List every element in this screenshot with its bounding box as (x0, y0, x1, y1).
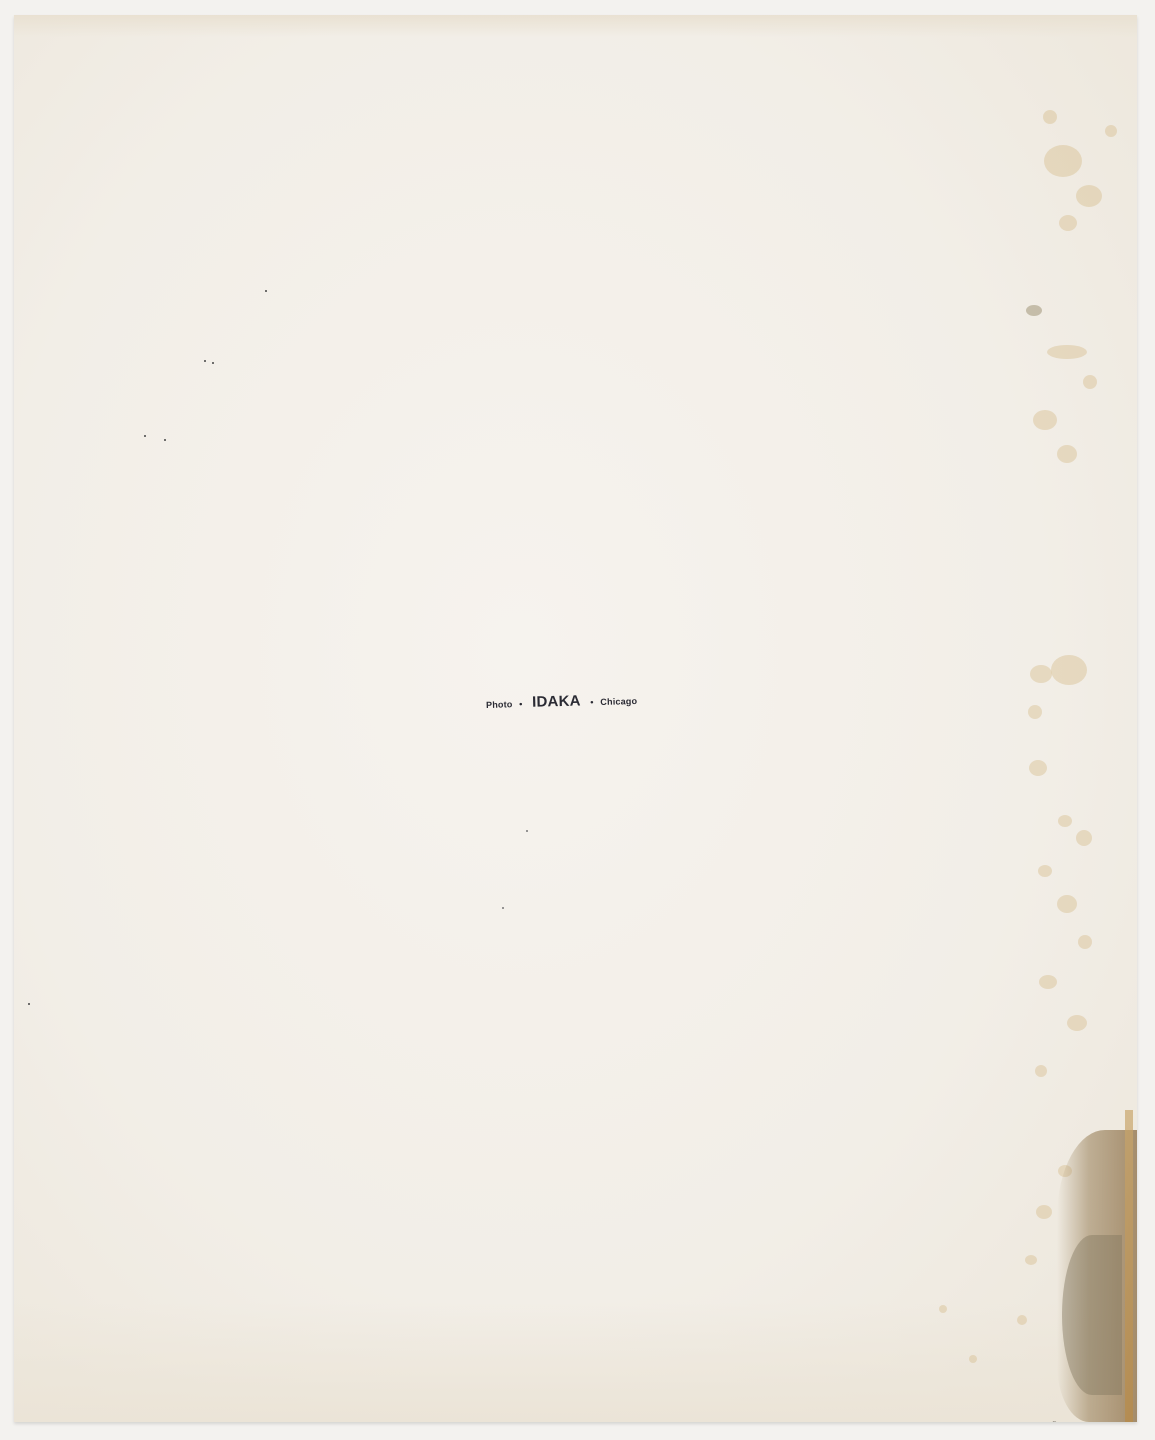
photographer-stamp: Photo • IDAKA • Chicago (486, 691, 638, 713)
water-stain-core (1062, 1235, 1122, 1395)
stamp-separator: • (590, 697, 594, 707)
paper-top-edge (14, 15, 1137, 37)
stamp-studio-name: IDAKA (532, 693, 581, 711)
edge-discoloration (1125, 1110, 1133, 1422)
stamp-prefix: Photo (486, 699, 513, 710)
stamp-separator: • (519, 699, 523, 709)
stamp-city: Chicago (600, 696, 637, 707)
page-mark: .5 (1050, 1420, 1057, 1422)
photo-back-paper: Photo • IDAKA • Chicago (14, 15, 1137, 1422)
paper-bottom-edge (14, 1302, 1137, 1422)
